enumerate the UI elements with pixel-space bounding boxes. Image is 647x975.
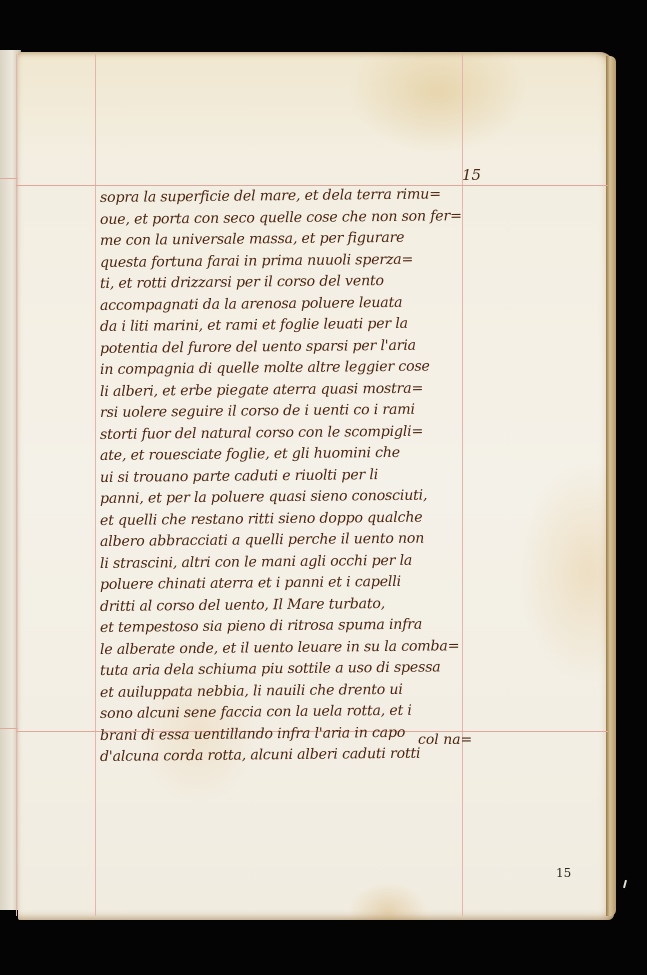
catchword: col na= bbox=[418, 732, 472, 748]
text-line: sono alcuni sene faccia con la uela rott… bbox=[100, 700, 450, 725]
text-line: da i liti marini, et rami et foglie leua… bbox=[100, 313, 450, 338]
inner-margin-rule bbox=[16, 54, 17, 916]
manuscript-text: sopra la superficie del mare, et dela te… bbox=[100, 188, 450, 769]
text-line: tuta aria dela schiuma piu sottile a uso… bbox=[100, 657, 450, 682]
ruled-line bbox=[0, 178, 20, 179]
text-line: ti, et rotti drizzarsi per il corso del … bbox=[100, 270, 450, 295]
stamped-folio-number: 15 bbox=[556, 866, 571, 880]
text-line: me con la universale massa, et per figur… bbox=[100, 227, 450, 252]
text-line: d'alcuna corda rotta, alcuni alberi cadu… bbox=[100, 743, 450, 768]
folio-number: 15 bbox=[462, 166, 481, 184]
ruled-line bbox=[0, 728, 20, 729]
left-margin-rule bbox=[95, 54, 96, 916]
text-line: et tempestoso sia pieno di ritrosa spuma… bbox=[100, 614, 450, 639]
text-line: panni, et per la poluere quasi sieno con… bbox=[100, 485, 450, 510]
text-line: rsi uolere seguire il corso de i uenti c… bbox=[100, 399, 450, 424]
debris-speck bbox=[623, 880, 627, 888]
text-line: sopra la superficie del mare, et dela te… bbox=[100, 184, 450, 209]
text-line: in compagnia di quelle molte altre leggi… bbox=[100, 356, 450, 381]
text-line: poluere chinati aterra et i panni et i c… bbox=[100, 571, 450, 596]
text-line: ate, et rouesciate foglie, et gli huomin… bbox=[100, 442, 450, 467]
text-line: albero abbracciati a quelli perche il ue… bbox=[100, 528, 450, 553]
